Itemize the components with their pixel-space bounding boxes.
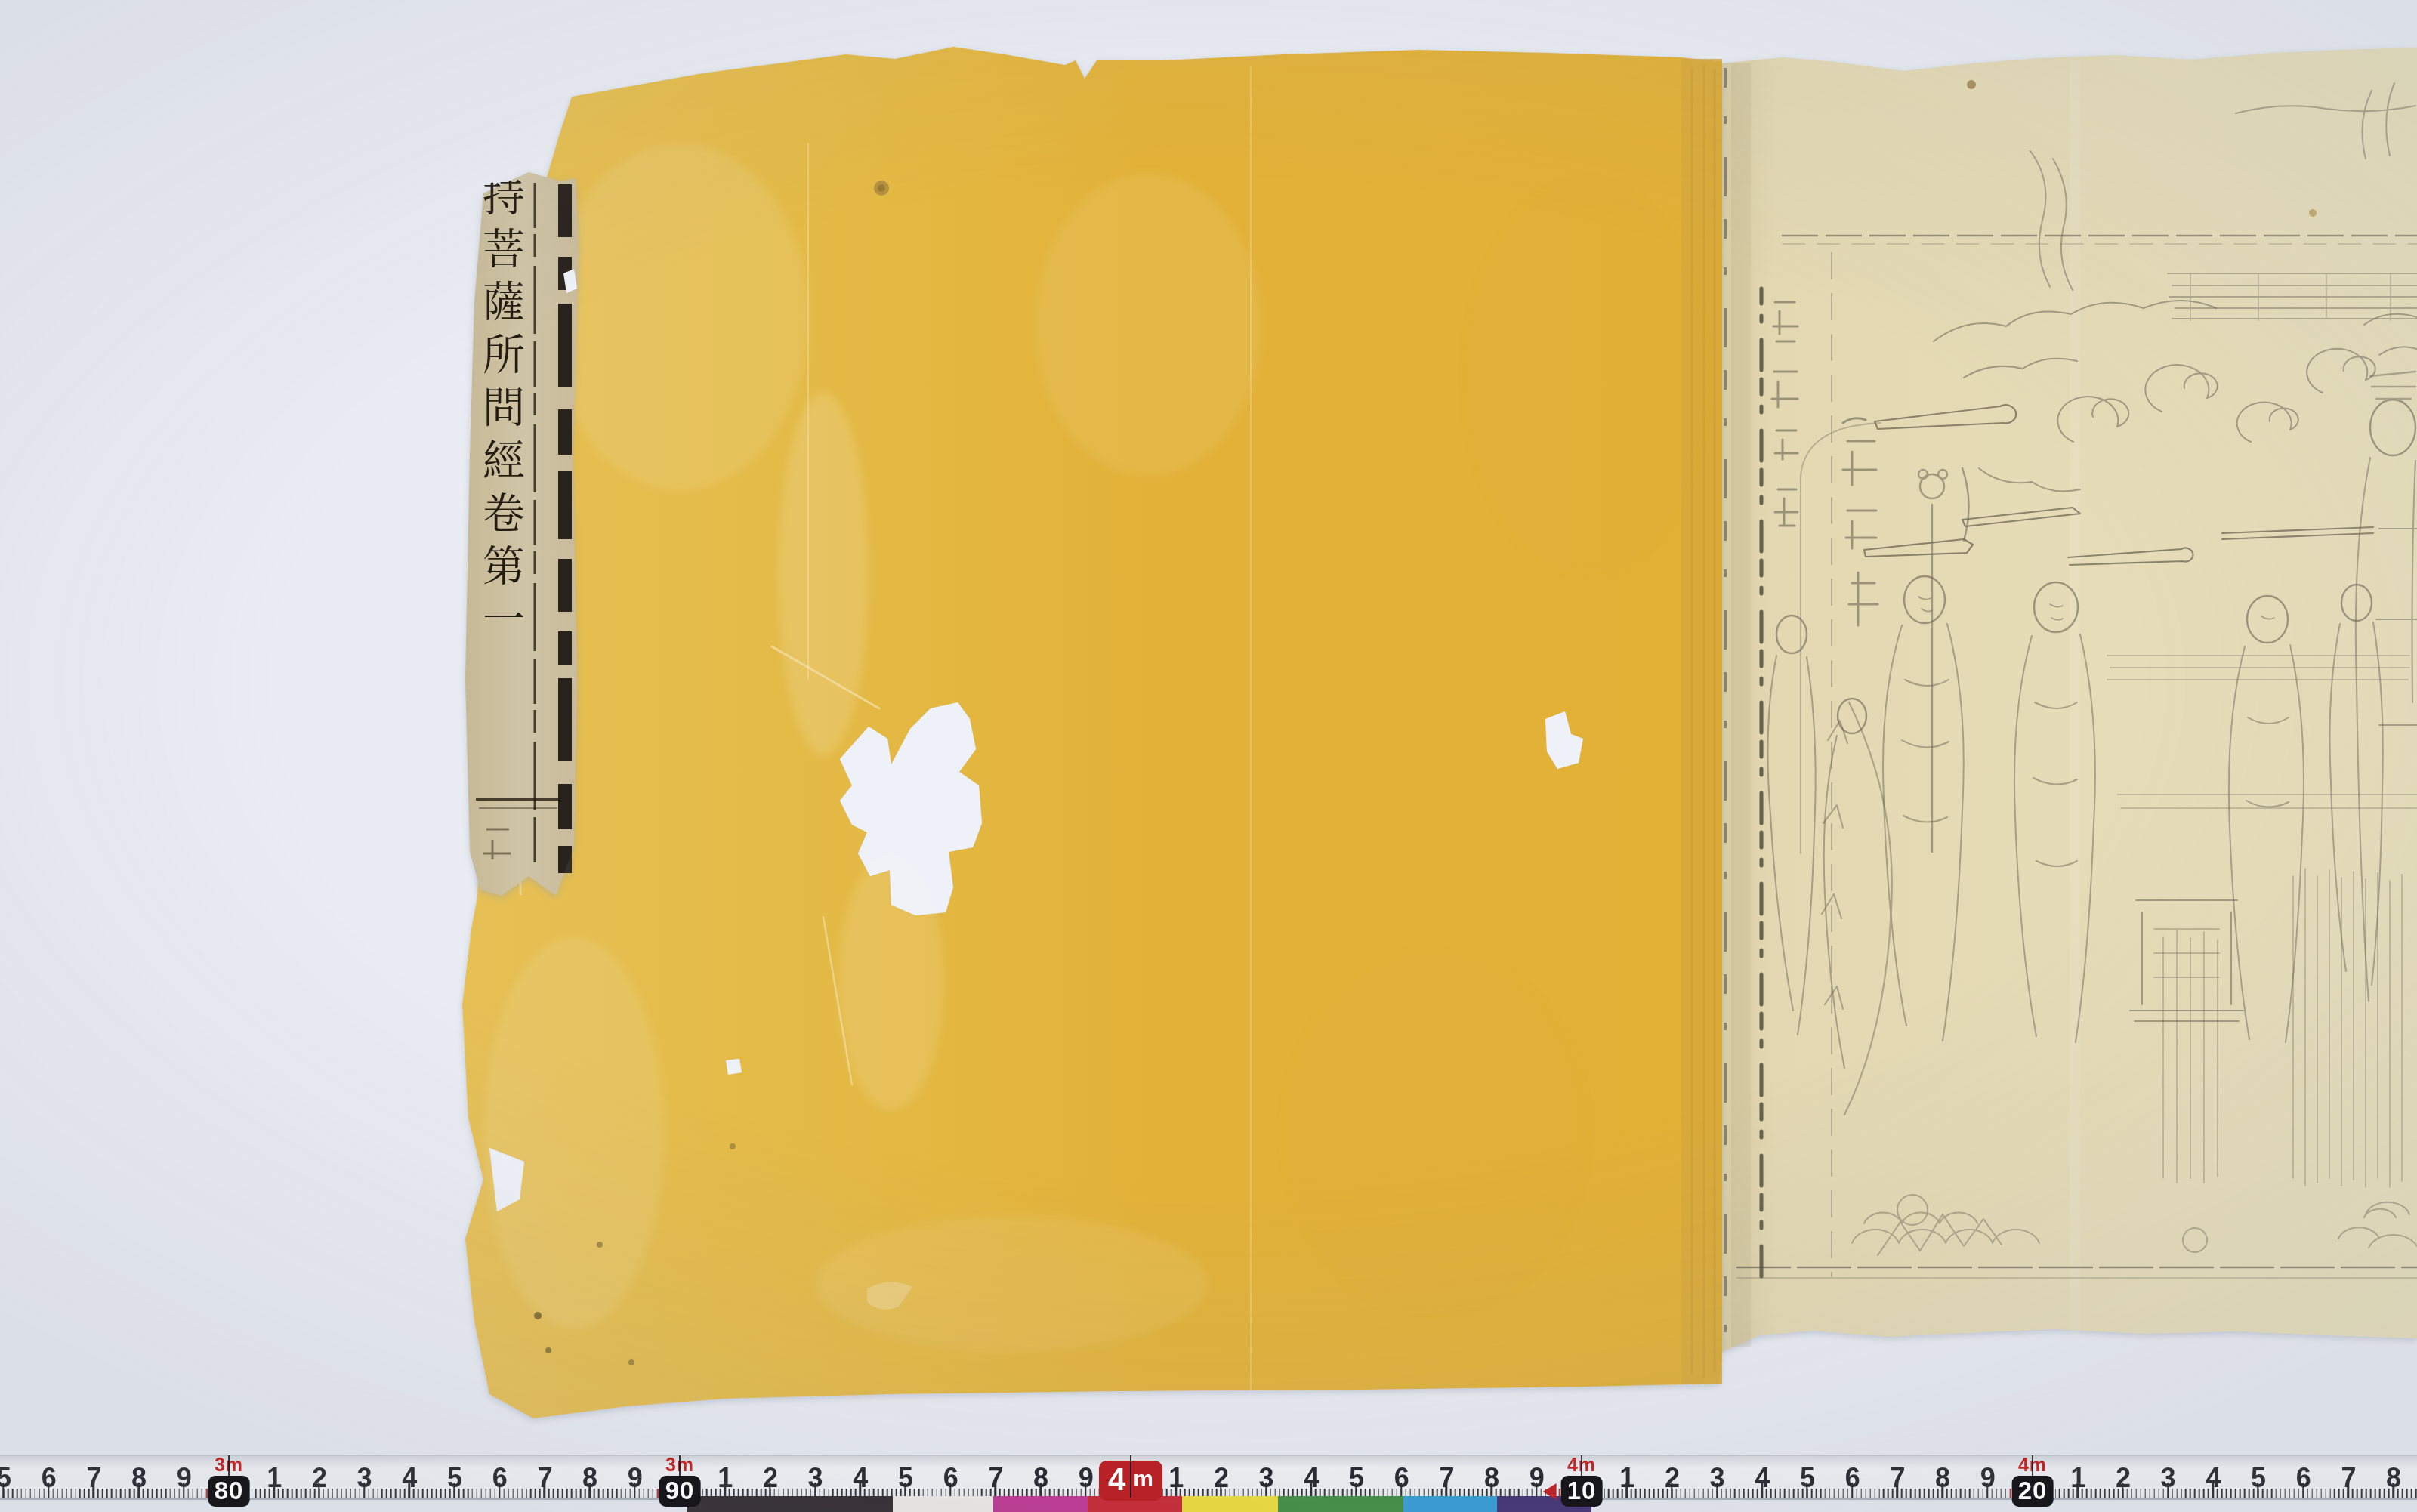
cm-digit: 3: [808, 1462, 823, 1494]
calibration-patch-white: [893, 1496, 993, 1512]
cm-digit: 4: [1304, 1462, 1318, 1494]
cm-digit: 8: [1484, 1462, 1499, 1494]
cm-digit: 4: [2206, 1462, 2220, 1494]
cm-digit: 1: [267, 1462, 281, 1494]
cm-digit: 7: [988, 1462, 1002, 1494]
cm-digit: 2: [312, 1462, 326, 1494]
decade-hairline: [1130, 1455, 1131, 1498]
decade-hairline: [228, 1455, 230, 1498]
cm-digit: 1: [718, 1462, 732, 1494]
cm-digit: 4: [1755, 1462, 1769, 1494]
cm-digit: 1: [1619, 1462, 1634, 1494]
cm-digit: 5: [447, 1462, 461, 1494]
cm-digit: 4: [402, 1462, 416, 1494]
cm-digit: 8: [1935, 1462, 1949, 1494]
red-arrow-icon: [1543, 1483, 1557, 1500]
title-character: 所: [462, 322, 545, 382]
cm-digit: 6: [492, 1462, 507, 1494]
cm-digit: 9: [177, 1462, 191, 1494]
cm-digit: 8: [1033, 1462, 1048, 1494]
title-character: 薩: [462, 269, 545, 329]
title-character: 菩: [462, 216, 545, 276]
cm-digit: 9: [628, 1462, 642, 1494]
cm-digit: 5: [2251, 1462, 2265, 1494]
cm-digit: 2: [1665, 1462, 1679, 1494]
cm-digit: 3: [1259, 1462, 1273, 1494]
cm-digit: 5: [1800, 1462, 1814, 1494]
cm-digit: 7: [1439, 1462, 1453, 1494]
cm-digit: 7: [2341, 1462, 2355, 1494]
cm-digit: 4: [853, 1462, 867, 1494]
cm-digit: 3: [357, 1462, 372, 1494]
cm-digit: 9: [1530, 1462, 1544, 1494]
calibration-patch-yellow: [1182, 1496, 1278, 1512]
calibration-patch-cyan: [1403, 1496, 1497, 1512]
cm-digit: 8: [2386, 1462, 2400, 1494]
cm-digit: 7: [1890, 1462, 1904, 1494]
title-character: 一: [462, 586, 545, 646]
cm-digit: 3: [2161, 1462, 2175, 1494]
cm-digit: 2: [763, 1462, 777, 1494]
title-character: 卷: [462, 480, 545, 541]
cm-digit: 6: [1394, 1462, 1409, 1494]
cm-digit: 5: [898, 1462, 912, 1494]
cm-digit: 6: [2296, 1462, 2311, 1494]
cm-digit: 6: [42, 1462, 56, 1494]
cm-digit: 2: [1214, 1462, 1228, 1494]
cm-digit: 7: [537, 1462, 551, 1494]
cm-digit: 2: [2116, 1462, 2130, 1494]
calibration-patch-green: [1278, 1496, 1403, 1512]
calibration-patch-magenta: [993, 1496, 1088, 1512]
cm-digit: 9: [1980, 1462, 1995, 1494]
decade-hairline: [1581, 1455, 1582, 1498]
scan-stage: 持菩薩所問經卷第一 567893m801234567893m9012345678…: [0, 0, 2417, 1512]
calibration-patch-black: [687, 1496, 893, 1512]
title-character: 第: [462, 533, 545, 594]
decade-hairline: [679, 1455, 681, 1498]
cm-digit: 8: [131, 1462, 146, 1494]
cm-digit: 9: [1079, 1462, 1093, 1494]
cm-digit: 5: [0, 1462, 11, 1494]
cm-digit: 6: [943, 1462, 958, 1494]
cm-digit: 1: [1168, 1462, 1183, 1494]
cm-digit: 5: [1349, 1462, 1363, 1494]
cm-digit: 7: [86, 1462, 100, 1494]
artifact-artwork: [0, 0, 2417, 1512]
cm-digit: 6: [1845, 1462, 1860, 1494]
decade-hairline: [2032, 1455, 2033, 1498]
cm-digit: 8: [582, 1462, 597, 1494]
cm-digit: 3: [1710, 1462, 1724, 1494]
title-character: 問: [462, 375, 545, 435]
title-character: 經: [462, 427, 545, 488]
cm-digit: 1: [2070, 1462, 2085, 1494]
